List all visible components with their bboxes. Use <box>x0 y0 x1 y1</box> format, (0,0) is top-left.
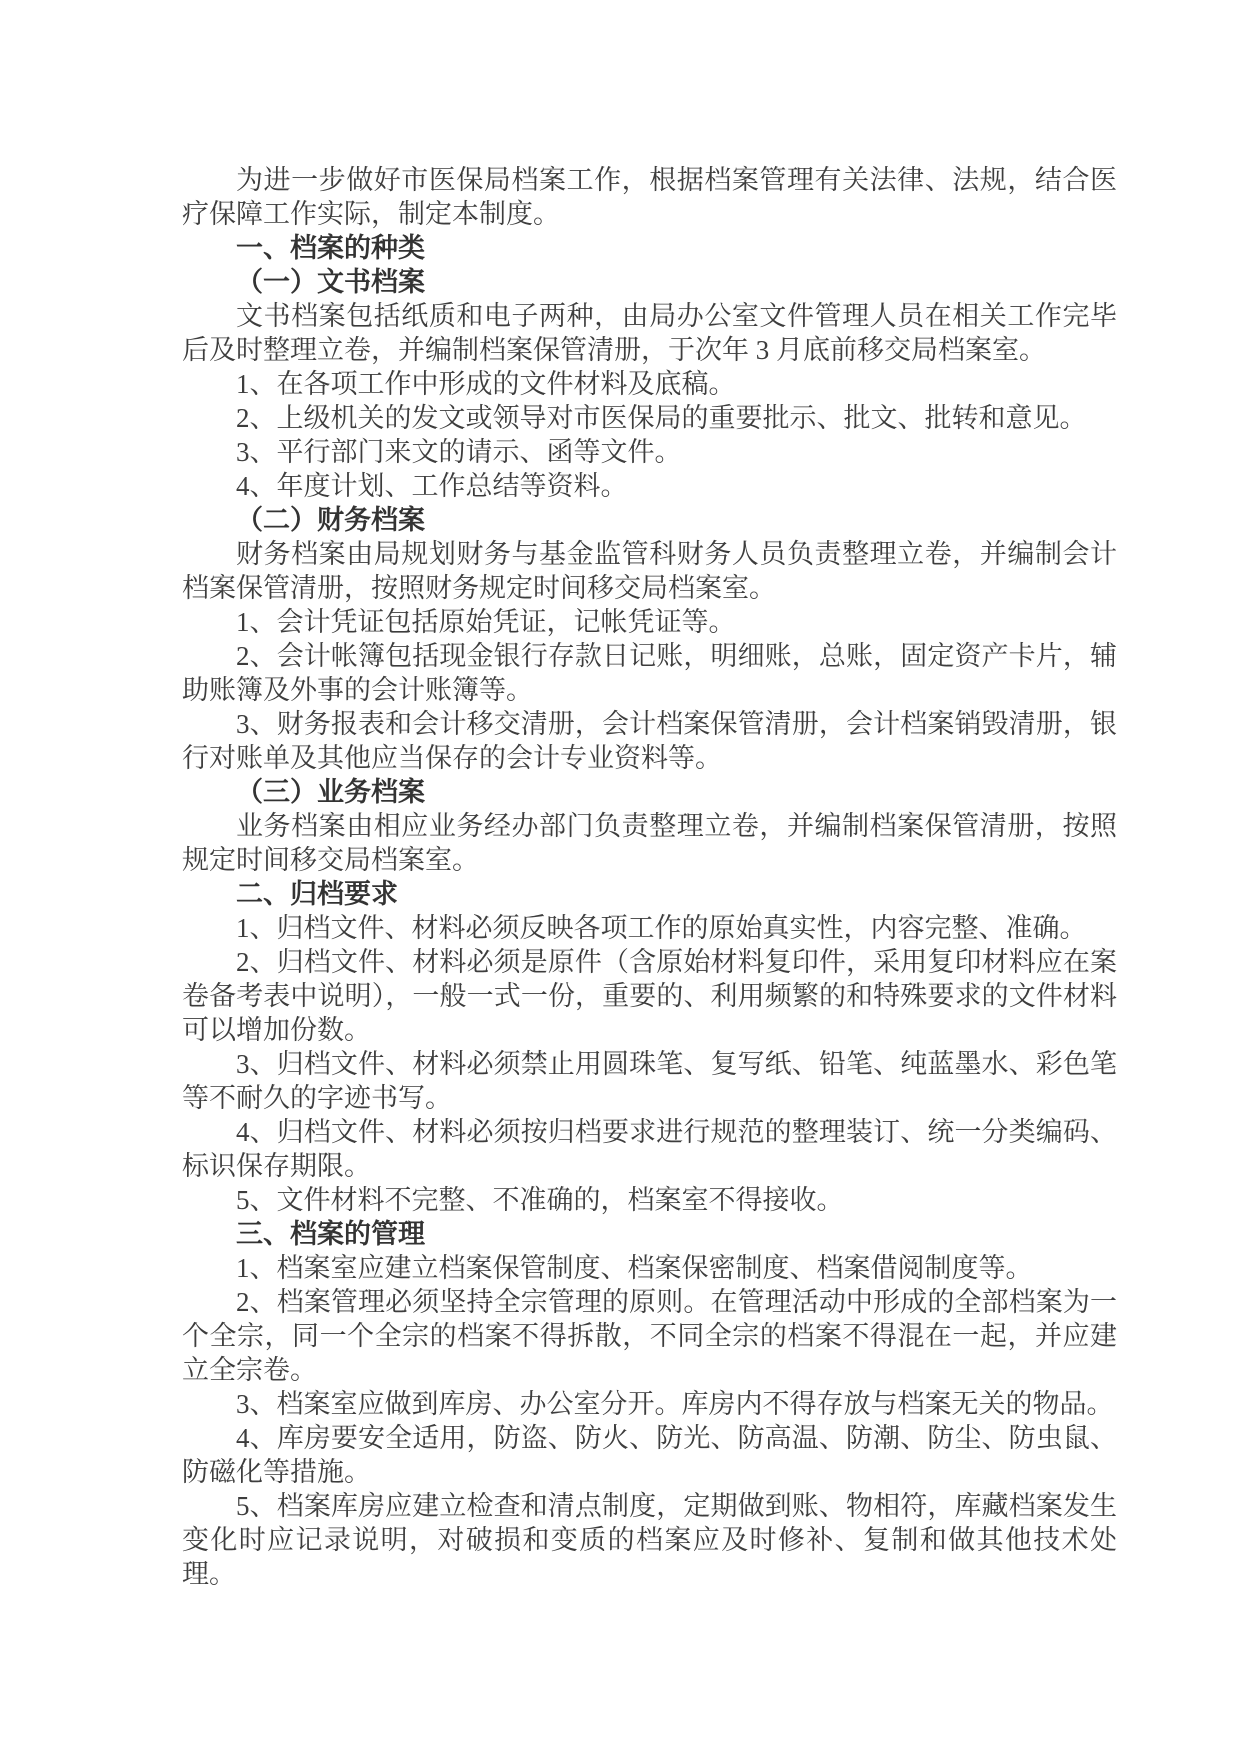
numbered-item: 3、归档文件、材料必须禁止用圆珠笔、复写纸、铅笔、纯蓝墨水、彩色笔等不耐久的字迹… <box>182 1047 1117 1115</box>
numbered-item: 2、上级机关的发文或领导对市医保局的重要批示、批文、批转和意见。 <box>182 401 1117 435</box>
body-paragraph: 财务档案由局规划财务与基金监管科财务人员负责整理立卷，并编制会计档案保管清册，按… <box>182 537 1117 605</box>
numbered-item: 2、会计帐簿包括现金银行存款日记账，明细账，总账，固定资产卡片，辅助账簿及外事的… <box>182 639 1117 707</box>
numbered-item: 4、年度计划、工作总结等资料。 <box>182 469 1117 503</box>
numbered-item: 2、档案管理必须坚持全宗管理的原则。在管理活动中形成的全部档案为一个全宗，同一个… <box>182 1285 1117 1387</box>
body-paragraph: 文书档案包括纸质和电子两种，由局办公室文件管理人员在相关工作完毕后及时整理立卷，… <box>182 299 1117 367</box>
section-heading: 二、归档要求 <box>182 877 1117 911</box>
section-heading: 三、档案的管理 <box>182 1217 1117 1251</box>
body-paragraph: 为进一步做好市医保局档案工作，根据档案管理有关法律、法规，结合医疗保障工作实际，… <box>182 163 1117 231</box>
numbered-item: 1、档案室应建立档案保管制度、档案保密制度、档案借阅制度等。 <box>182 1251 1117 1285</box>
section-heading: 一、档案的种类 <box>182 231 1117 265</box>
subsection-heading: （二）财务档案 <box>182 503 1117 537</box>
numbered-item: 1、在各项工作中形成的文件材料及底稿。 <box>182 367 1117 401</box>
numbered-item: 1、会计凭证包括原始凭证，记帐凭证等。 <box>182 605 1117 639</box>
numbered-item: 1、归档文件、材料必须反映各项工作的原始真实性，内容完整、准确。 <box>182 911 1117 945</box>
subsection-heading: （一）文书档案 <box>182 265 1117 299</box>
numbered-item: 4、归档文件、材料必须按归档要求进行规范的整理装订、统一分类编码、标识保存期限。 <box>182 1115 1117 1183</box>
numbered-item: 5、档案库房应建立检查和清点制度，定期做到账、物相符，库藏档案发生变化时应记录说… <box>182 1489 1117 1591</box>
document-content: 为进一步做好市医保局档案工作，根据档案管理有关法律、法规，结合医疗保障工作实际，… <box>182 163 1117 1591</box>
body-paragraph: 业务档案由相应业务经办部门负责整理立卷，并编制档案保管清册，按照规定时间移交局档… <box>182 809 1117 877</box>
numbered-item: 3、档案室应做到库房、办公室分开。库房内不得存放与档案无关的物品。 <box>182 1387 1117 1421</box>
numbered-item: 2、归档文件、材料必须是原件（含原始材料复印件，采用复印材料应在案卷备考表中说明… <box>182 945 1117 1047</box>
numbered-item: 4、库房要安全适用，防盗、防火、防光、防高温、防潮、防尘、防虫鼠、防磁化等措施。 <box>182 1421 1117 1489</box>
subsection-heading: （三）业务档案 <box>182 775 1117 809</box>
numbered-item: 3、平行部门来文的请示、函等文件。 <box>182 435 1117 469</box>
document-page: 为进一步做好市医保局档案工作，根据档案管理有关法律、法规，结合医疗保障工作实际，… <box>0 0 1240 1754</box>
numbered-item: 3、财务报表和会计移交清册，会计档案保管清册，会计档案销毁清册，银行对账单及其他… <box>182 707 1117 775</box>
numbered-item: 5、文件材料不完整、不准确的，档案室不得接收。 <box>182 1183 1117 1217</box>
